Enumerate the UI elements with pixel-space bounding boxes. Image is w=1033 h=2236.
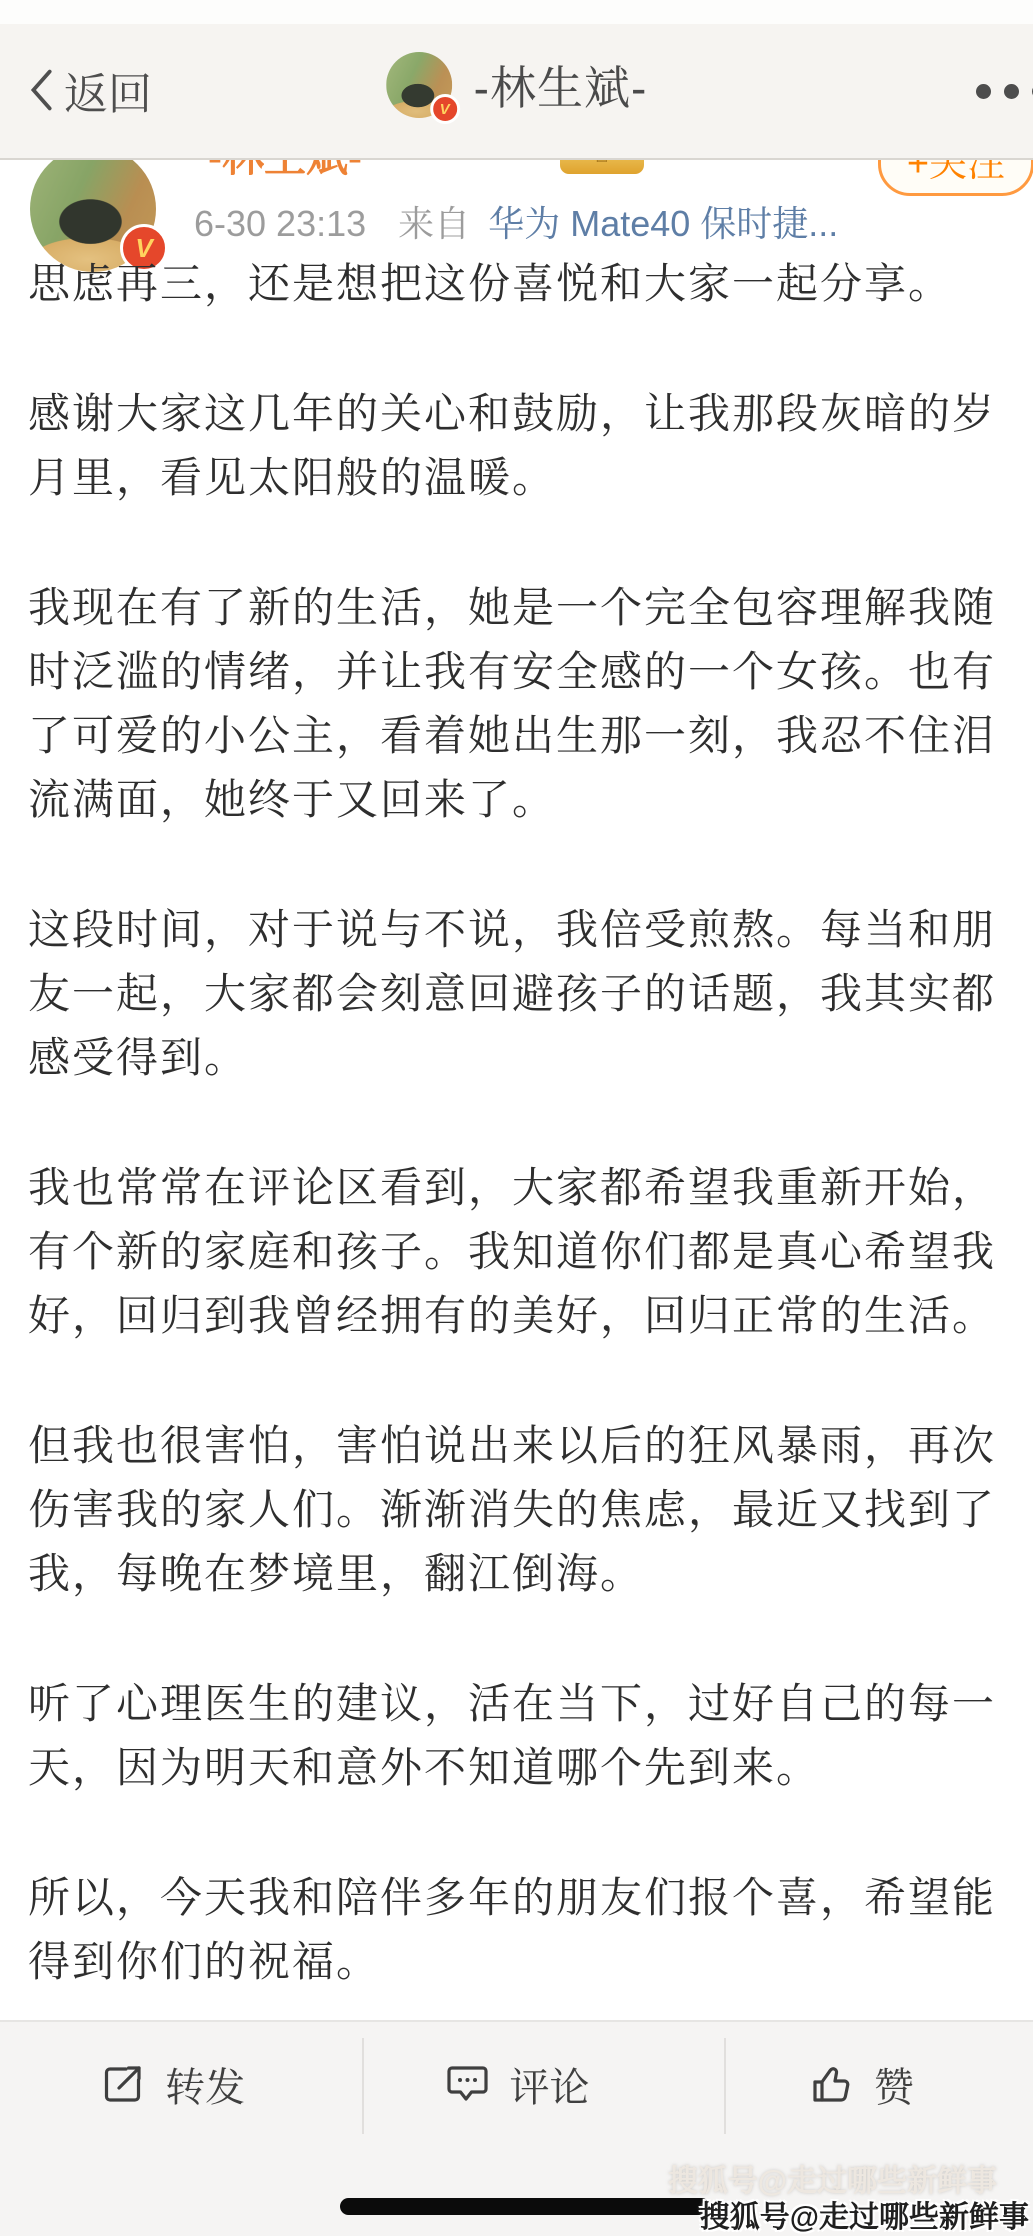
top-nav-bar: 返回 V -林生斌- [0,0,1033,160]
chevron-left-icon [28,68,54,112]
source-prefix-label: 来自 [398,203,470,244]
post-paragraph: 感谢大家这几年的关心和鼓励，让我那段灰暗的岁月里，看见太阳般的温暖。 [28,382,1004,510]
action-divider [362,2038,364,2134]
comment-button[interactable]: 评论 [344,2056,688,2113]
post-body: 思虑再三，还是想把这份喜悦和大家一起分享。 感谢大家这几年的关心和鼓励，让我那段… [28,252,1004,1994]
share-square-arrow-icon [99,2060,147,2108]
post-paragraph: 思虑再三，还是想把这份喜悦和大家一起分享。 [28,252,1004,316]
home-indicator-handle[interactable] [340,2198,710,2215]
ellipsis-dot-icon [1004,84,1019,99]
nav-author-avatar[interactable]: V [386,52,452,118]
post-paragraph: 这段时间，对于说与不说，我倍受煎熬。每当和朋友一起，大家都会刻意回避孩子的话题，… [28,898,1004,1090]
post-paragraph: 我也常常在评论区看到，大家都希望我重新开始，有个新的家庭和孩子。我知道你们都是真… [28,1156,1004,1348]
back-button[interactable]: 返回 [28,58,152,122]
watermark: 搜狐号@走过哪些新鲜事 [700,2192,1029,2236]
post-paragraph: 我现在有了新的生活，她是一个完全包容理解我随时泛滥的情绪，并让我有安全感的一个女… [28,576,1004,832]
post-paragraph: 听了心理医生的建议，活在当下，过好自己的每一天，因为明天和意外不知道哪个先到来。 [28,1672,1004,1800]
like-button[interactable]: 赞 [689,2056,1033,2113]
more-options-button[interactable] [968,84,1033,100]
post-paragraph: 所以，今天我和陪伴多年的朋友们报个喜，希望能得到你们的祝福。 [28,1866,1004,1994]
status-bar-strip [0,0,1033,24]
ellipsis-dot-icon [976,84,991,99]
weibo-post-screen: V -林生斌- ♛ 6-30 23:13 来自 华为 Mate40 保时捷...… [0,0,1033,2236]
repost-button[interactable]: 转发 [0,2056,344,2113]
speech-bubble-dots-icon [443,2060,491,2108]
action-row: 转发 评论 赞 [0,2022,1033,2146]
verified-v-badge-icon: V [430,94,460,124]
page-title: -林生斌- [474,52,648,118]
nav-title-group: V -林生斌- [386,52,648,118]
back-label: 返回 [64,58,152,122]
post-paragraph: 但我也很害怕，害怕说出来以后的狂风暴雨，再次伤害我的家人们。渐渐消失的焦虑，最近… [28,1414,1004,1606]
post-meta-row: 6-30 23:13 来自 华为 Mate40 保时捷... [194,196,838,247]
post-timestamp: 6-30 23:13 [194,203,366,244]
comment-label: 评论 [509,2056,589,2113]
post-source-link[interactable]: 华为 Mate40 保时捷... [488,203,838,244]
repost-label: 转发 [165,2056,245,2113]
thumbs-up-icon [808,2060,856,2108]
like-label: 赞 [874,2056,914,2113]
action-divider [724,2038,726,2134]
